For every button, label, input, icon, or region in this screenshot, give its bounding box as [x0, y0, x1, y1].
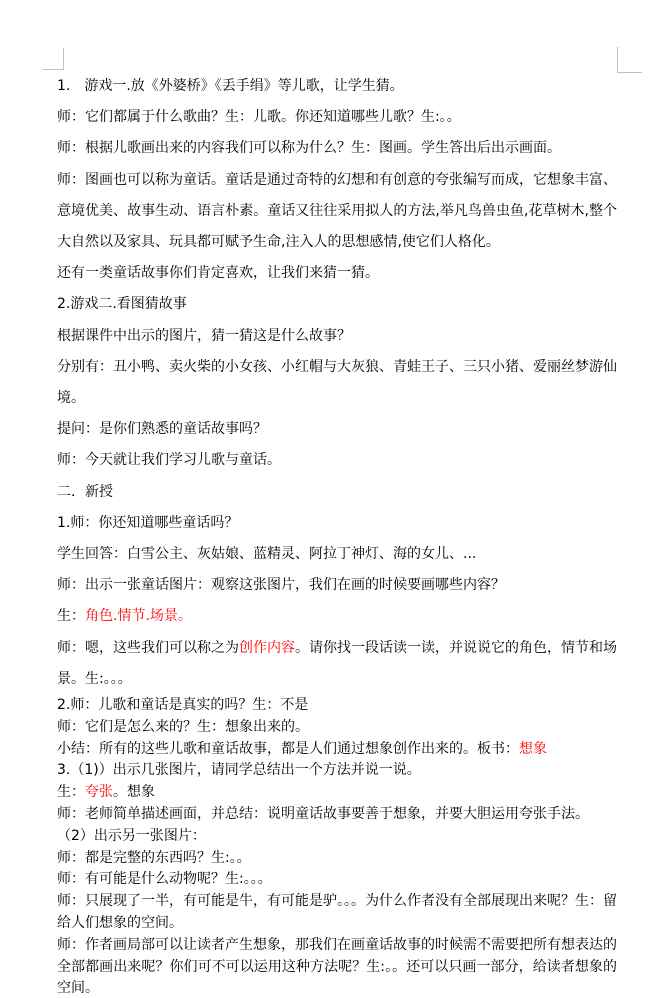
document-body: 1. 游戏一.放《外婆桥》《丢手绢》等儿歌，让学生猜。师：它们都属于什么歌曲？生… [57, 71, 617, 998]
paragraph: 师：出示一张童话图片：观察这张图片，我们在画的时候要画哪些内容？ [57, 570, 617, 601]
paragraph: 小结：所有的这些儿歌和童话故事，都是人们通过想象创作出来的。板书：想象 [57, 739, 617, 761]
paragraph: 还有一类童话故事你们肯定喜欢，让我们来猜一猜。 [57, 258, 617, 289]
text-run: 3.（1)）出示几张图片，请同学总结出一个方法并说一说。 [57, 762, 421, 778]
paragraph: 二．新授 [57, 477, 617, 508]
text-run: 1.师：你还知道哪些童话吗？ [57, 515, 238, 531]
page-margin-mark-top-left [43, 48, 64, 70]
text-run: 师：出示一张童话图片：观察这张图片，我们在画的时候要画哪些内容？ [57, 577, 505, 593]
highlighted-text-run: 角色.情节.场景。 [85, 608, 192, 624]
paragraph: 师：今天就让我们学习儿歌与童话。 [57, 445, 617, 476]
highlighted-text-run: 夸张 [85, 784, 113, 800]
text-run: 师：只展现了一半，有可能是牛，有可能是驴。。。为什么作者没有全部展现出来呢？生：… [57, 893, 617, 931]
paragraph: （2）出示另一张图片： [57, 826, 617, 848]
paragraph: 师：老师简单描述画面，并总结：说明童话故事要善于想象，并要大胆运用夸张手法。 [57, 804, 617, 826]
paragraph: 分别有：丑小鸭、卖火柴的小女孩、小红帽与大灰狼、青蛙王子、三只小猪、爱丽丝梦游仙… [57, 352, 617, 414]
paragraph: 师：图画也可以称为童话。童话是通过奇特的幻想和有创意的夸张编写而成，它想象丰富、… [57, 165, 617, 259]
text-run: 1. 游戏一.放《外婆桥》《丢手绢》等儿歌，让学生猜。 [57, 78, 404, 94]
text-run: 生： [57, 784, 85, 800]
paragraph: 师：它们都属于什么歌曲？生：儿歌。你还知道哪些儿歌？生:。。 [57, 102, 617, 133]
document-page: { "page": { "background": "#ffffff", "te… [0, 0, 672, 998]
text-run: （2）出示另一张图片： [57, 828, 206, 844]
paragraph: 2.游戏二.看图猜故事 [57, 289, 617, 320]
text-run: 师：图画也可以称为童话。童话是通过奇特的幻想和有创意的夸张编写而成，它想象丰富、… [57, 172, 617, 250]
text-run: 师：都是完整的东西吗？生:。。 [57, 850, 251, 866]
paragraph: 根据课件中出示的图片，猜一猜这是什么故事？ [57, 321, 617, 352]
text-run: 师：根据儿歌画出来的内容我们可以称为什么？生：图画。学生答出后出示画面。 [57, 140, 561, 156]
paragraph: 师：根据儿歌画出来的内容我们可以称为什么？生：图画。学生答出后出示画面。 [57, 133, 617, 164]
text-run: 小结：所有的这些儿歌和童话故事，都是人们通过想象创作出来的。板书： [57, 741, 519, 757]
paragraph: 师：只展现了一半，有可能是牛，有可能是驴。。。为什么作者没有全部展现出来呢？生：… [57, 891, 617, 935]
paragraph: 1. 游戏一.放《外婆桥》《丢手绢》等儿歌，让学生猜。 [57, 71, 617, 102]
text-run: 师：老师简单描述画面，并总结：说明童话故事要善于想象，并要大胆运用夸张手法。 [57, 806, 589, 822]
paragraph: 师：嗯，这些我们可以称之为创作内容。请你找一段话读一读，并说说它的角色，情节和场… [57, 633, 617, 695]
paragraph: 学生回答：白雪公主、灰姑娘、蓝精灵、阿拉丁神灯、海的女儿、... [57, 539, 617, 570]
text-run: 师：它们都属于什么歌曲？生：儿歌。你还知道哪些儿歌？生:。。 [57, 109, 461, 125]
text-run: 生： [57, 608, 85, 624]
text-run: 提问：是你们熟悉的童话故事吗？ [57, 421, 267, 437]
page-margin-mark-top-right [617, 47, 642, 73]
text-run: 二．新授 [57, 484, 113, 500]
text-run: 根据课件中出示的图片，猜一猜这是什么故事？ [57, 328, 351, 344]
text-run: 分别有：丑小鸭、卖火柴的小女孩、小红帽与大灰狼、青蛙王子、三只小猪、爱丽丝梦游仙… [57, 359, 617, 406]
paragraph: 生：角色.情节.场景。 [57, 601, 617, 632]
text-run: 。想象 [113, 784, 155, 800]
text-run: 还有一类童话故事你们肯定喜欢，让我们来猜一猜。 [57, 265, 379, 281]
paragraph: 师：有可能是什么动物呢？生:。。。 [57, 869, 617, 891]
text-run: 师：嗯，这些我们可以称之为 [57, 640, 239, 656]
paragraph: 提问：是你们熟悉的童话故事吗？ [57, 414, 617, 445]
text-run: 2.游戏二.看图猜故事 [57, 296, 187, 312]
highlighted-text-run: 创作内容 [239, 640, 295, 656]
paragraph: 2.师：儿歌和童话是真实的吗？生：不是 [57, 695, 617, 717]
paragraph: 师：它们是怎么来的？生：想象出来的。 [57, 717, 617, 739]
paragraph: 生：夸张。想象 [57, 782, 617, 804]
paragraph: 师：都是完整的东西吗？生:。。 [57, 848, 617, 870]
text-run: 师：有可能是什么动物呢？生:。。。 [57, 871, 272, 887]
text-run: 师：它们是怎么来的？生：想象出来的。 [57, 719, 309, 735]
highlighted-text-run: 想象 [519, 741, 547, 757]
text-run: 师：作者画局部可以让读者产生想象，那我们在画童话故事的时候需不需要把所有想表达的… [57, 937, 617, 997]
text-run: 学生回答：白雪公主、灰姑娘、蓝精灵、阿拉丁神灯、海的女儿、... [57, 546, 476, 562]
paragraph: 1.师：你还知道哪些童话吗？ [57, 508, 617, 539]
text-run: 师：今天就让我们学习儿歌与童话。 [57, 452, 281, 468]
paragraph: 3.（1)）出示几张图片，请同学总结出一个方法并说一说。 [57, 760, 617, 782]
paragraph: 师：作者画局部可以让读者产生想象，那我们在画童话故事的时候需不需要把所有想表达的… [57, 935, 617, 998]
text-run: 2.师：儿歌和童话是真实的吗？生：不是 [57, 697, 308, 713]
